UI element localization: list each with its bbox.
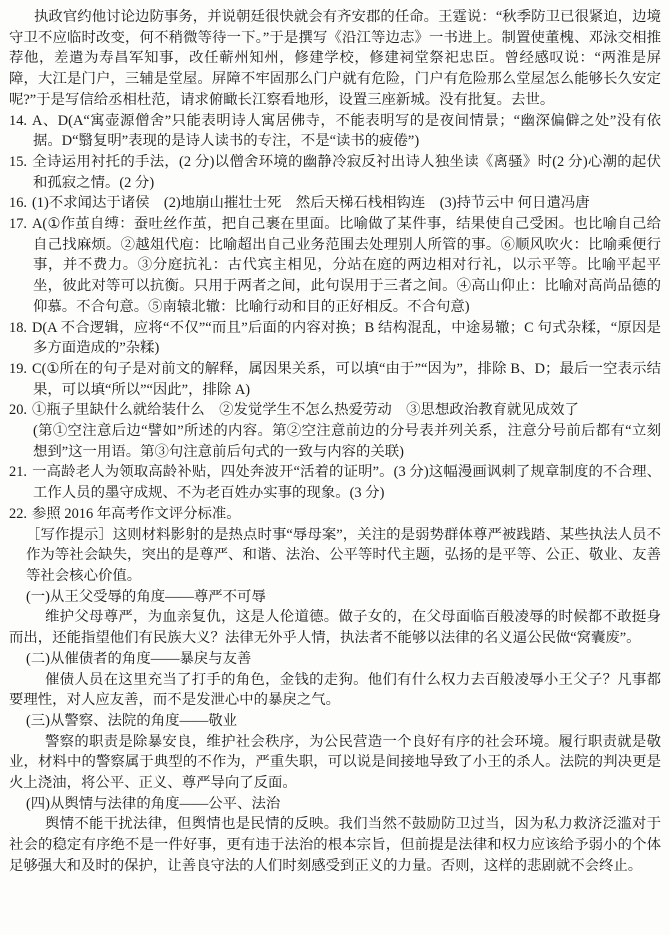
- translation-paragraph: 执政官约他讨论边防事务，并说朝廷很快就会有齐安郡的任命。王霆说：“秋季防卫已很紧…: [9, 7, 661, 111]
- item-text-15: 全诗运用衬托的手法，(2 分)以僧舍环境的幽静冷寂反衬出诗人独坐读《离骚》时(2…: [32, 154, 661, 191]
- angle-body-1: 维护父母尊严，为血亲复仇，这是人伦道德。做子女的，在父母面临百般凌辱的时候都不敢…: [9, 607, 661, 648]
- answer-item-15: 15.全诗运用衬托的手法，(2 分)以僧舍环境的幽静冷寂反衬出诗人独坐读《离骚》…: [9, 152, 661, 193]
- writing-hint: ［写作提示］这则材料影射的是热点时事“辱母案”，关注的是弱势群体尊严被践踏、某些…: [26, 525, 661, 587]
- angle-body-3: 警察的职责是除暴安良，维护社会秩序，为公民营造一个良好有序的社会环境。履行职责就…: [9, 732, 661, 794]
- angle-section-4: (四)从舆情与法律的角度——公平、法治 舆情不能干扰法律，但舆情也是民情的反映。…: [9, 794, 661, 877]
- angle-heading-4: (四)从舆情与法律的角度——公平、法治: [26, 794, 661, 815]
- answer-item-14: 14.A、D(A“寓壶源僧舍”只能表明诗人寓居佛寺，不能表明写的是夜间情景；“幽…: [9, 111, 661, 152]
- item-note-20: (第①空注意后边“譬如”所述的内容。第②空注意前边的分号表并列关系，注意分号前后…: [33, 421, 661, 462]
- item-text-14: A、D(A“寓壶源僧舍”只能表明诗人寓居佛寺，不能表明写的是夜间情景；“幽深偏僻…: [32, 113, 661, 150]
- item-text-21: 一高龄老人为领取高龄补贴，四处奔波开“活着的证明”。(3 分)这幅漫画讽刺了规章…: [32, 464, 661, 501]
- answer-item-22: 22.参照 2016 年高考作文评分标准。: [9, 504, 661, 525]
- angle-section-2: (二)从催债者的角度——暴戾与友善 催债人员在这里充当了打手的角色，金钱的走狗。…: [9, 649, 661, 711]
- angle-body-4: 舆情不能干扰法律，但舆情也是民情的反映。我们当然不鼓励防卫过当，因为私力救济泛滥…: [9, 814, 661, 876]
- item-text-16: (1)不求闻达于诸侯 (2)地崩山摧壮士死 然后天梯石栈相钩连 (3)持节云中 …: [32, 195, 590, 211]
- angle-section-3: (三)从警察、法院的角度——敬业 警察的职责是除暴安良，维护社会秩序，为公民营造…: [9, 711, 661, 794]
- answer-item-21: 21.一高龄老人为领取高龄补贴，四处奔波开“活着的证明”。(3 分)这幅漫画讽刺…: [9, 462, 661, 503]
- answer-item-20: 20.①瓶子里缺什么就给装什么 ②发觉学生不怎么热爱劳动 ③思想政治教育就见成效…: [9, 400, 661, 462]
- item-text-18: D(A 不合逻辑，应将“不仅”“而且”后面的内容对换；B 结构混乱，中途易辙；C…: [32, 320, 661, 357]
- answer-item-18: 18.D(A 不合逻辑，应将“不仅”“而且”后面的内容对换；B 结构混乱，中途易…: [9, 318, 661, 359]
- item-number-22: 22.: [9, 506, 32, 522]
- item-number-14: 14.: [9, 113, 32, 129]
- item-number-15: 15.: [9, 154, 32, 170]
- item-text-19: C(①所在的句子是对前文的解释，属因果关系，可以填“由于”“因为”，排除 B、D…: [32, 361, 661, 398]
- angle-body-2: 催债人员在这里充当了打手的角色，金钱的走狗。他们有什么权力去百般凌辱小王父子？凡…: [9, 670, 661, 711]
- angle-heading-1: (一)从王父受辱的角度——尊严不可辱: [26, 587, 661, 608]
- angle-section-1: (一)从王父受辱的角度——尊严不可辱 维护父母尊严，为血亲复仇，这是人伦道德。做…: [9, 587, 661, 649]
- item-text-22: 参照 2016 年高考作文评分标准。: [32, 506, 241, 522]
- angle-heading-2: (二)从催债者的角度——暴戾与友善: [26, 649, 661, 670]
- item-number-17: 17.: [9, 216, 32, 232]
- exam-answer-page: 执政官约他讨论边防事务，并说朝廷很快就会有齐安郡的任命。王霆说：“秋季防卫已很紧…: [0, 0, 670, 935]
- item-text-20: ①瓶子里缺什么就给装什么 ②发觉学生不怎么热爱劳动 ③思想政治教育就见成效了: [32, 402, 579, 418]
- item-number-16: 16.: [9, 195, 32, 211]
- item-text-17: A(①作茧自缚：蚕吐丝作茧，把自己裹在里面。比喻做了某件事，结果使自己受困。也比…: [32, 216, 661, 315]
- item-number-18: 18.: [9, 320, 32, 336]
- item-number-19: 19.: [9, 361, 32, 377]
- answer-item-17: 17.A(①作茧自缚：蚕吐丝作茧，把自己裹在里面。比喻做了某件事，结果使自己受困…: [9, 214, 661, 318]
- answer-item-19: 19.C(①所在的句子是对前文的解释，属因果关系，可以填“由于”“因为”，排除 …: [9, 359, 661, 400]
- item-number-20: 20.: [9, 402, 32, 418]
- answer-item-16: 16.(1)不求闻达于诸侯 (2)地崩山摧壮士死 然后天梯石栈相钩连 (3)持节…: [9, 193, 661, 214]
- angle-heading-3: (三)从警察、法院的角度——敬业: [26, 711, 661, 732]
- item-number-21: 21.: [9, 464, 32, 480]
